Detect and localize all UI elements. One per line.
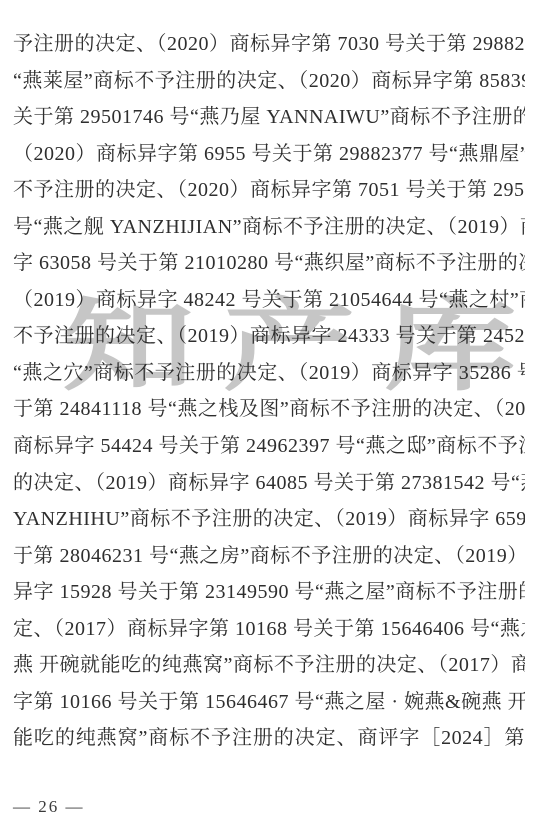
text-line: 于第 24841118 号“燕之栈及图”商标不予注册的决定、（2019） bbox=[13, 391, 525, 428]
text-line: 予注册的决定、（2020）商标异字第 7030 号关于第 29882767 号 bbox=[13, 26, 525, 63]
text-line: 不予注册的决定、（2019）商标异字 24333 号关于第 24528484 号 bbox=[13, 318, 525, 355]
text-block: 予注册的决定、（2020）商标异字第 7030 号关于第 29882767 号 … bbox=[13, 26, 525, 757]
text-line: 定、（2017）商标异字第 10168 号关于第 15646406 号“燕之屋 … bbox=[13, 611, 525, 648]
text-line: 字 63058 号关于第 21010280 号“燕织屋”商标不予注册的决定、 bbox=[13, 245, 525, 282]
text-line: 的决定、（2019）商标异字 64085 号关于第 27381542 号“燕之乎 bbox=[13, 465, 525, 502]
text-line: 不予注册的决定、（2020）商标异字第 7051 号关于第 29596066 bbox=[13, 172, 525, 209]
text-line: 关于第 29501746 号“燕乃屋 YANNAIWU”商标不予注册的决定、 bbox=[13, 99, 525, 136]
text-line: （2019）商标异字 48242 号关于第 21054644 号“燕之村”商标 bbox=[13, 282, 525, 319]
text-line: 能吃的纯燕窝”商标不予注册的决定、商评字［2024］第 bbox=[13, 720, 525, 757]
text-line: YANZHIHU”商标不予注册的决定、（2019）商标异字 65970 号关 bbox=[13, 501, 525, 538]
page-number: — 26 — bbox=[13, 797, 85, 817]
text-line: 于第 28046231 号“燕之房”商标不予注册的决定、（2019）商标 bbox=[13, 538, 525, 575]
text-line: 字第 10166 号关于第 15646467 号“燕之屋 · 婉燕&碗燕 开碗就 bbox=[13, 684, 525, 721]
text-line: 异字 15928 号关于第 23149590 号“燕之屋”商标不予注册的决 bbox=[13, 574, 525, 611]
text-line: 号“燕之舰 YANZHIJIAN”商标不予注册的决定、（2019）商标异 bbox=[13, 209, 525, 246]
text-line: 商标异字 54424 号关于第 24962397 号“燕之邸”商标不予注册 bbox=[13, 428, 525, 465]
text-line: “燕莱屋”商标不予注册的决定、（2020）商标异字第 85839 号 bbox=[13, 63, 525, 100]
text-line: （2020）商标异字第 6955 号关于第 29882377 号“燕鼎屋”商标 bbox=[13, 136, 525, 173]
text-line: 燕 开碗就能吃的纯燕窝”商标不予注册的决定、（2017）商标异 bbox=[13, 647, 525, 684]
document-page: 知产库 予注册的决定、（2020）商标异字第 7030 号关于第 2988276… bbox=[0, 0, 539, 836]
text-line: “燕之穴”商标不予注册的决定、（2019）商标异字 35286 号关 bbox=[13, 355, 525, 392]
